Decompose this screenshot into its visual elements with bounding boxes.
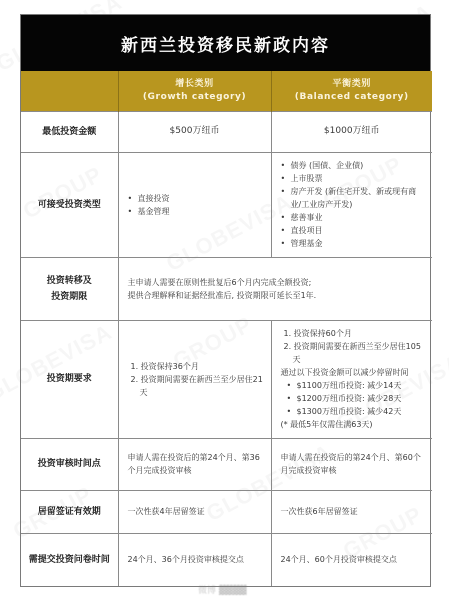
footnote-text: (* 最低5年仅需住满63天)	[281, 418, 427, 431]
header-balanced-cn: 平衡类别	[272, 78, 433, 91]
row-label-line: 投资转移及	[21, 273, 118, 289]
list-item: 慈善事业	[281, 211, 427, 224]
row-label: 投资期要求	[21, 320, 118, 438]
table-header-row: 增长类别 (Growth category) 平衡类别 (Balanced ca…	[21, 71, 432, 111]
title-bar: 新西兰投资移民新政内容	[21, 15, 430, 71]
growth-cell: 直接投资 基金管理	[118, 152, 271, 257]
numbered-list: 1. 投资保持60个月 2. 投资期间需要在新西兰至少居住105天	[281, 327, 427, 366]
list-item: 1. 投资保持36个月	[128, 360, 265, 373]
table-row: 居留签证有效期 一次性获4年居留签证 一次性获6年居留签证	[21, 490, 432, 533]
balanced-cell: 申请人需在投资后的第24个月、第60个月完成投资审核	[271, 438, 432, 490]
list-item: $1300万纽币投资: 减少42天	[287, 405, 427, 418]
balanced-cell: $1000万纽币	[271, 111, 432, 152]
row-label: 居留签证有效期	[21, 490, 118, 533]
growth-cell: 1. 投资保持36个月 2. 投资期间需要在新西兰至少居住21天	[118, 320, 271, 438]
table-row: 投资期要求 1. 投资保持36个月 2. 投资期间需要在新西兰至少居住21天 1…	[21, 320, 432, 438]
table-row: 可接受投资类型 直接投资 基金管理 债券 (国债、企业债) 上市股票 房产开发 …	[21, 152, 432, 257]
growth-cell: 申请人需在投资后的第24个月、第36个月完成投资审核	[118, 438, 271, 490]
text-line: 主申请人需要在原则性批复后6个月内完成全额投资;	[128, 276, 427, 289]
growth-cell: 24个月、36个月投资审核提交点	[118, 533, 271, 586]
merged-cell: 主申请人需要在原则性批复后6个月内完成全额投资; 提供合理解释和证据经批准后, …	[118, 257, 432, 320]
row-label: 可接受投资类型	[21, 152, 118, 257]
header-empty-cell	[21, 71, 118, 111]
growth-cell: 一次性获4年居留签证	[118, 490, 271, 533]
text-line: 提供合理解释和证据经批准后, 投资期限可延长至1年.	[128, 289, 427, 302]
page-title: 新西兰投资移民新政内容	[121, 31, 330, 56]
table-row: 最低投资金额 $500万纽币 $1000万纽币	[21, 111, 432, 152]
list-item: $1100万纽币投资: 减少14天	[287, 379, 427, 392]
note-text: 通过以下投资金额可以减少停留时间	[281, 366, 427, 379]
row-label: 最低投资金额	[21, 111, 118, 152]
list-item: 基金管理	[128, 205, 265, 218]
comparison-table: 增长类别 (Growth category) 平衡类别 (Balanced ca…	[21, 71, 432, 586]
header-growth-category: 增长类别 (Growth category)	[118, 71, 271, 111]
bullet-list: 直接投资 基金管理	[128, 192, 265, 218]
list-item: 管理基金	[281, 237, 427, 250]
table-row: 需提交投资问卷时间 24个月、36个月投资审核提交点 24个月、60个月投资审核…	[21, 533, 432, 586]
header-balanced-en: (Balanced category)	[272, 91, 433, 104]
table-row: 投资审核时间点 申请人需在投资后的第24个月、第36个月完成投资审核 申请人需在…	[21, 438, 432, 490]
list-item: 2. 投资期间需要在新西兰至少居住105天	[281, 340, 427, 366]
row-label: 投资转移及 投资期限	[21, 257, 118, 320]
list-item: 2. 投资期间需要在新西兰至少居住21天	[128, 373, 265, 399]
balanced-cell: 1. 投资保持60个月 2. 投资期间需要在新西兰至少居住105天 通过以下投资…	[271, 320, 432, 438]
list-item: 债券 (国债、企业债)	[281, 159, 427, 172]
list-item: 直投项目	[281, 224, 427, 237]
numbered-list: 1. 投资保持36个月 2. 投资期间需要在新西兰至少居住21天	[128, 360, 265, 399]
list-item: 直接投资	[128, 192, 265, 205]
source-watermark: 微博 ▓▓▓▓	[198, 583, 247, 596]
bullet-list: 债券 (国债、企业债) 上市股票 房产开发 (新住宅开发、新或现有商业/工业房产…	[281, 159, 427, 250]
table-row: 投资转移及 投资期限 主申请人需要在原则性批复后6个月内完成全额投资; 提供合理…	[21, 257, 432, 320]
row-label: 需提交投资问卷时间	[21, 533, 118, 586]
list-item: 上市股票	[281, 172, 427, 185]
header-growth-en: (Growth category)	[119, 91, 271, 104]
list-item: 1. 投资保持60个月	[281, 327, 427, 340]
balanced-cell: 24个月、60个月投资审核提交点	[271, 533, 432, 586]
row-label-line: 投资期限	[21, 289, 118, 305]
list-item: $1200万纽币投资: 减少28天	[287, 392, 427, 405]
growth-cell: $500万纽币	[118, 111, 271, 152]
balanced-cell: 一次性获6年居留签证	[271, 490, 432, 533]
list-item: 房产开发 (新住宅开发、新或现有商业/工业房产开发)	[281, 185, 427, 211]
row-label: 投资审核时间点	[21, 438, 118, 490]
bullet-list: $1100万纽币投资: 减少14天 $1200万纽币投资: 减少28天 $130…	[281, 379, 427, 418]
balanced-cell: 债券 (国债、企业债) 上市股票 房产开发 (新住宅开发、新或现有商业/工业房产…	[271, 152, 432, 257]
header-growth-cn: 增长类别	[119, 78, 271, 91]
header-balanced-category: 平衡类别 (Balanced category)	[271, 71, 432, 111]
policy-table-card: 新西兰投资移民新政内容 增长类别 (Growth category) 平衡类别 …	[20, 14, 431, 587]
